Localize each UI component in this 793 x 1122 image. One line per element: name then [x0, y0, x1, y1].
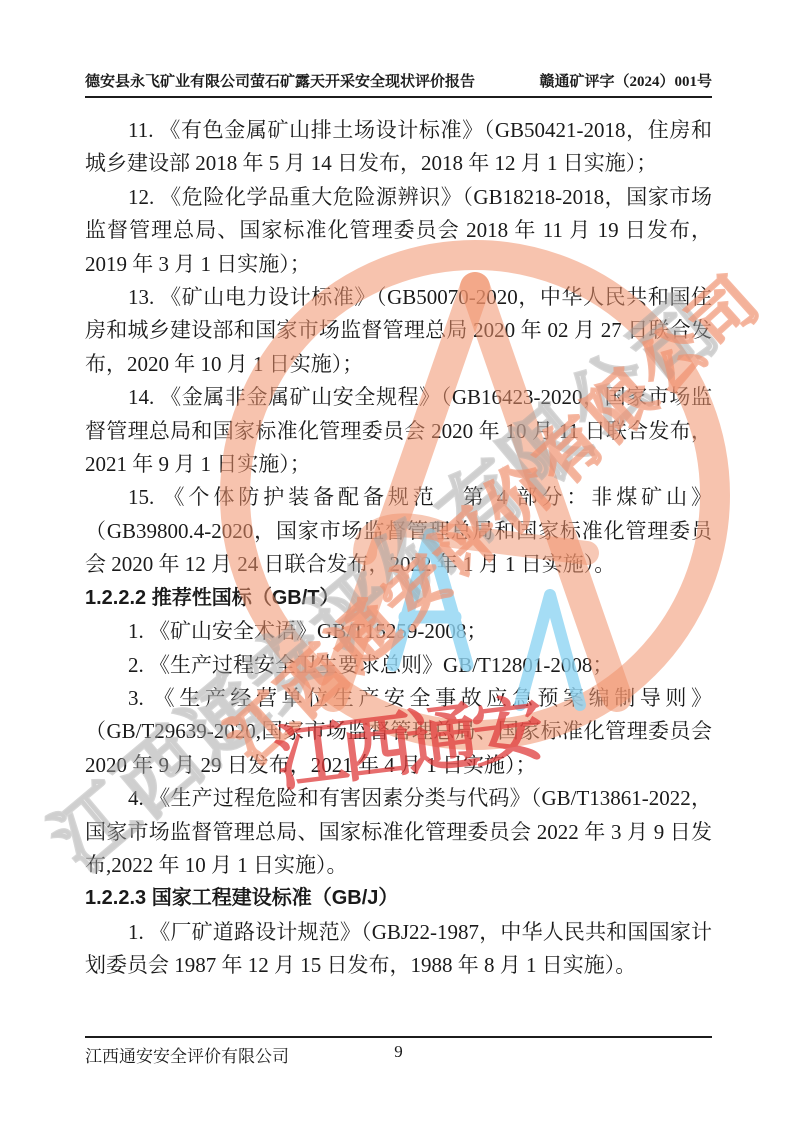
gbt-item-3: 3. 《生产经营单位生产安全事故应急预案编制导则》（GB/T29639-2020… [85, 682, 712, 782]
section-heading-1-2-2-2: 1.2.2.2 推荐性国标（GB/T） [85, 582, 712, 615]
section-heading-1-2-2-3: 1.2.2.3 国家工程建设标准（GB/J） [85, 882, 712, 915]
header-report-title: 德安县永飞矿业有限公司萤石矿露天开采安全现状评价报告 [85, 70, 475, 91]
page-number: 9 [85, 1042, 712, 1062]
header-doc-number: 赣通矿评字（2024）001号 [539, 70, 712, 91]
gbt-item-4: 4. 《生产过程危险和有害因素分类与代码》（GB/T13861-2022，国家市… [85, 782, 712, 882]
list-item-15: 15. 《个体防护装备配备规范 第 4 部分：非煤矿山》（GB39800.4-2… [85, 481, 712, 581]
page-header: 德安县永飞矿业有限公司萤石矿露天开采安全现状评价报告 赣通矿评字（2024）00… [85, 70, 712, 98]
document-body: 11. 《有色金属矿山排土场设计标准》（GB50421-2018，住房和城乡建设… [85, 114, 712, 983]
gbj-item-1: 1. 《厂矿道路设计规范》（GBJ22-1987，中华人民共和国国家计划委员会 … [85, 916, 712, 983]
list-item-11: 11. 《有色金属矿山排土场设计标准》（GB50421-2018，住房和城乡建设… [85, 114, 712, 181]
document-page: { "header": { "left": "德安县永飞矿业有限公司萤石矿露天开… [0, 0, 793, 1122]
list-item-12: 12. 《危险化学品重大危险源辨识》（GB18218-2018，国家市场监督管理… [85, 181, 712, 281]
gbt-item-2: 2. 《生产过程安全卫生要求总则》GB/T12801-2008； [85, 649, 712, 682]
list-item-13: 13. 《矿山电力设计标准》（GB50070-2020，中华人民共和国住房和城乡… [85, 281, 712, 381]
gbt-item-1: 1. 《矿山安全术语》GB/T15259-2008； [85, 615, 712, 648]
report-page: 德安县永飞矿业有限公司萤石矿露天开采安全现状评价报告 赣通矿评字（2024）00… [0, 0, 793, 1122]
page-footer: 江西通安安全评价有限公司 9 [85, 1036, 712, 1067]
list-item-14: 14. 《金属非金属矿山安全规程》（GB16423-2020，国家市场监督管理总… [85, 381, 712, 481]
